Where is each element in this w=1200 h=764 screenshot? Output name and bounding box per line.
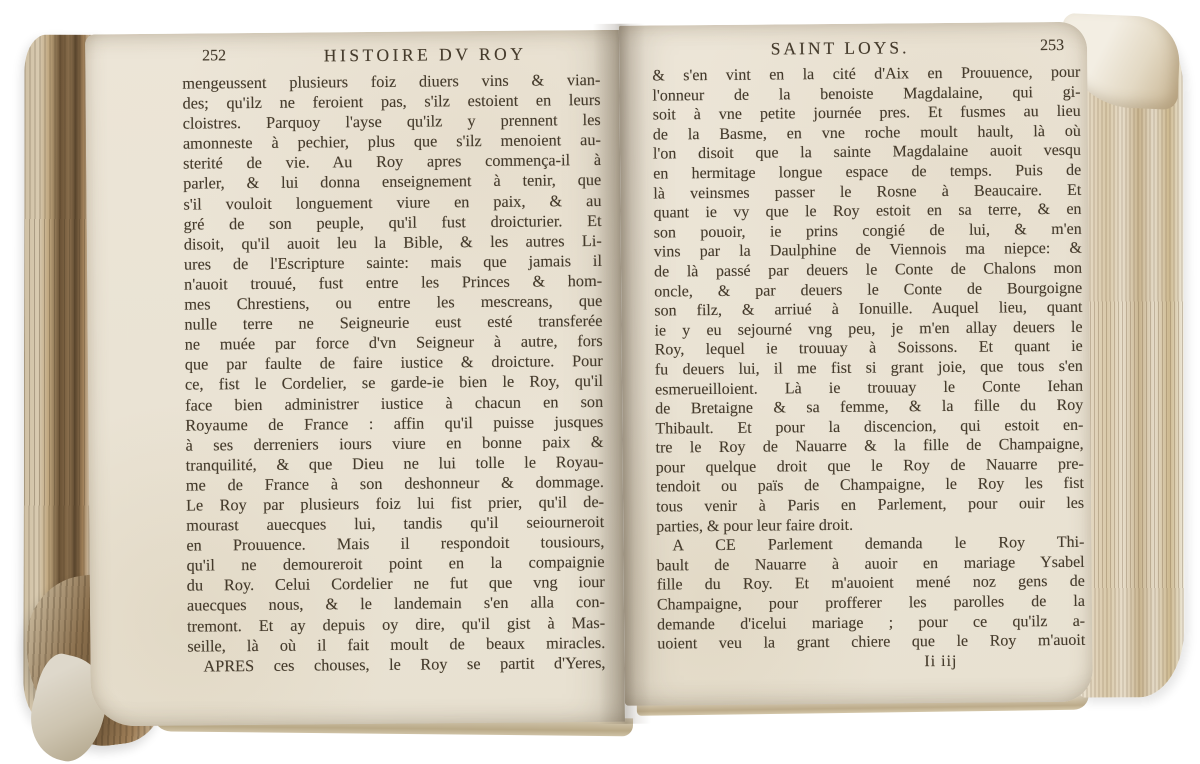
left-text-lines: mengeussent plusieurs foiz diuers vins &… <box>182 70 605 676</box>
right-fore-edge-stack <box>1077 29 1184 697</box>
left-page: 252 HISTOIRE DV ROY mengeussent plusieur… <box>85 30 625 727</box>
right-text-lines: & s'en vint en la cité d'Aix en Prouuenc… <box>652 63 1085 655</box>
open-book: 252 HISTOIRE DV ROY mengeussent plusieur… <box>0 0 1200 764</box>
right-page: SAINT LOYS. 253 & s'en vint en la cité d… <box>619 22 1093 706</box>
left-running-title: HISTOIRE DV ROY <box>216 43 634 68</box>
right-page-header: SAINT LOYS. 253 <box>652 36 1080 67</box>
right-running-title: SAINT LOYS. <box>626 36 1054 61</box>
text-line: uoient veu la grant chiere que le Roy m'… <box>657 631 1085 654</box>
text-line: APRES ces chouses, le Roy se partit d'Ye… <box>187 653 605 677</box>
signature-mark: Ii iij <box>657 651 1085 674</box>
photo-background: 252 HISTOIRE DV ROY mengeussent plusieur… <box>0 0 1200 764</box>
left-page-header: 252 HISTOIRE DV ROY <box>182 43 600 74</box>
left-page-text: 252 HISTOIRE DV ROY mengeussent plusieur… <box>182 43 605 676</box>
text-line: tous venir à Paris en Parlement, pour ou… <box>656 494 1084 517</box>
right-page-text: SAINT LOYS. 253 & s'en vint en la cité d… <box>652 36 1086 674</box>
right-page-number: 253 <box>1040 37 1064 55</box>
